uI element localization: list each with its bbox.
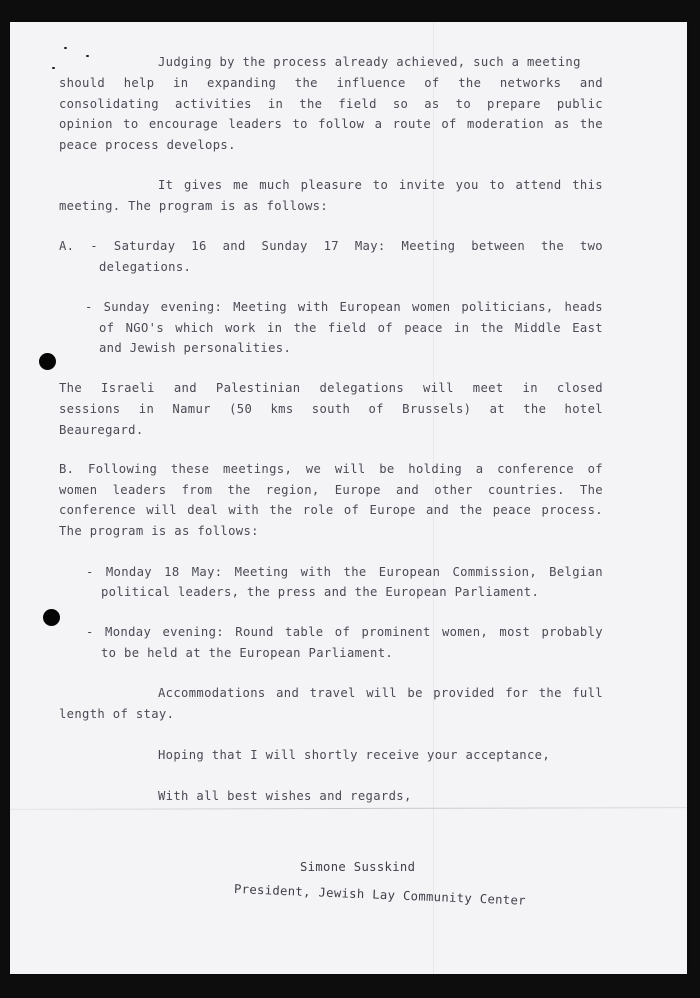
closing-line: Hoping that I will shortly receive your …: [158, 748, 550, 762]
text-line: - Monday 18 May: Meeting with the Europe…: [86, 565, 603, 579]
text-line: length of stay.: [59, 707, 174, 721]
text-line: peace process develops.: [59, 138, 236, 152]
text-line: Beauregard.: [59, 423, 144, 437]
punch-hole-icon: [39, 353, 56, 370]
text-line: consolidating activities in the field so…: [59, 97, 603, 111]
signature-name: Simone Susskind: [300, 860, 415, 874]
text-line: B. Following these meetings, we will be …: [59, 462, 603, 476]
text-line: conference will deal with the role of Eu…: [59, 503, 603, 517]
ink-speck: [52, 67, 55, 69]
letter-page: [10, 22, 687, 974]
text-line: - Monday evening: Round table of promine…: [86, 625, 603, 639]
text-line: women leaders from the region, Europe an…: [59, 483, 603, 497]
ink-speck: [64, 47, 67, 49]
text-line: meeting. The program is as follows:: [59, 199, 328, 213]
text-line: should help in expanding the influence o…: [59, 76, 603, 90]
text-line: Judging by the process already achieved,…: [158, 55, 603, 69]
text-line: sessions in Namur (50 kms south of Bruss…: [59, 402, 603, 416]
closing-regards: With all best wishes and regards,: [158, 789, 412, 803]
text-line: - Sunday evening: Meeting with European …: [85, 300, 603, 314]
text-line: The program is as follows:: [59, 524, 259, 538]
paper-fold-vertical: [433, 22, 434, 974]
ink-speck: [86, 55, 89, 57]
text-line: A. - Saturday 16 and Sunday 17 May: Meet…: [59, 239, 603, 253]
text-line: It gives me much pleasure to invite you …: [158, 178, 603, 192]
text-line: to be held at the European Parliament.: [101, 646, 393, 660]
text-line: political leaders, the press and the Eur…: [101, 585, 539, 599]
text-line: Accommodations and travel will be provid…: [158, 686, 603, 700]
text-line: The Israeli and Palestinian delegations …: [59, 381, 603, 395]
punch-hole-icon: [43, 609, 60, 626]
text-line: delegations.: [99, 260, 191, 274]
text-line: opinion to encourage leaders to follow a…: [59, 117, 603, 131]
text-line: and Jewish personalities.: [99, 341, 291, 355]
text-line: of NGO's which work in the field of peac…: [99, 321, 603, 335]
paper-fold-horizontal: [10, 807, 687, 810]
